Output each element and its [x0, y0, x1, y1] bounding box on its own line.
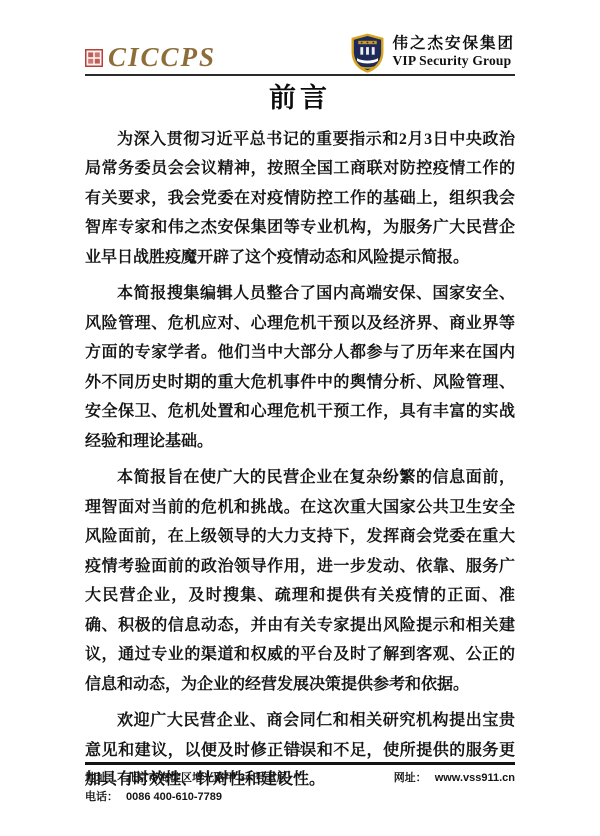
website-label: 网址：: [394, 772, 427, 784]
website-value: www.vss911.cn: [435, 772, 515, 784]
security-shield-icon: [349, 32, 386, 74]
address-label: 地址：: [85, 772, 118, 784]
footer-website-block: 网址：www.vss911.cn: [394, 769, 515, 788]
footer-phone-row: 电话：0086 400-610-7789: [85, 788, 287, 804]
red-seal-icon: [85, 49, 103, 67]
phone-value: 0086 400-610-7789: [126, 791, 222, 803]
address-value: 北京市海淀区增光路甲 34 号七层: [126, 772, 287, 784]
page-title: 前言: [85, 84, 515, 114]
paragraph-1: 为深入贯彻习近平总书记的重要指示和2月3日中央政治局常务委员会会议精神，按照全国…: [85, 125, 515, 273]
footer-contact-block: 地址：北京市海淀区增光路甲 34 号七层 电话：0086 400-610-778…: [85, 769, 287, 807]
group-name-en: VIP Security Group: [392, 54, 515, 69]
vip-security-logo: 伟之杰安保集团 VIP Security Group: [349, 32, 515, 71]
ciccps-logo: CICCPS: [85, 44, 216, 71]
document-body: 前言 为深入贯彻习近平总书记的重要指示和2月3日中央政治局常务委员会会议精神，按…: [85, 84, 515, 795]
page-header: CICCPS 伟之杰安保集团 VIP Security Group: [85, 28, 515, 76]
footer-divider: [85, 762, 515, 765]
page-footer: 地址：北京市海淀区增光路甲 34 号七层 电话：0086 400-610-778…: [85, 769, 515, 807]
paragraph-3: 本简报旨在使广大的民营企业在复杂纷繁的信息面前，理智面对当前的危机和挑战。在这次…: [85, 463, 515, 699]
group-name-cn: 伟之杰安保集团: [392, 34, 515, 53]
ciccps-wordmark: CICCPS: [108, 44, 216, 71]
preface-text: 为深入贯彻习近平总书记的重要指示和2月3日中央政治局常务委员会会议精神，按照全国…: [85, 125, 515, 795]
footer-address-row: 地址：北京市海淀区增光路甲 34 号七层: [85, 769, 287, 785]
paragraph-2: 本简报搜集编辑人员整合了国内高端安保、国家安全、风险管理、危机应对、心理危机干预…: [85, 279, 515, 456]
vip-security-logotext: 伟之杰安保集团 VIP Security Group: [392, 34, 515, 68]
page-number: 2: [0, 741, 600, 756]
phone-label: 电话：: [85, 791, 118, 803]
document-page: CICCPS 伟之杰安保集团 VIP Security Group: [0, 0, 600, 836]
footer-website-row: 网址：www.vss911.cn: [394, 769, 515, 785]
